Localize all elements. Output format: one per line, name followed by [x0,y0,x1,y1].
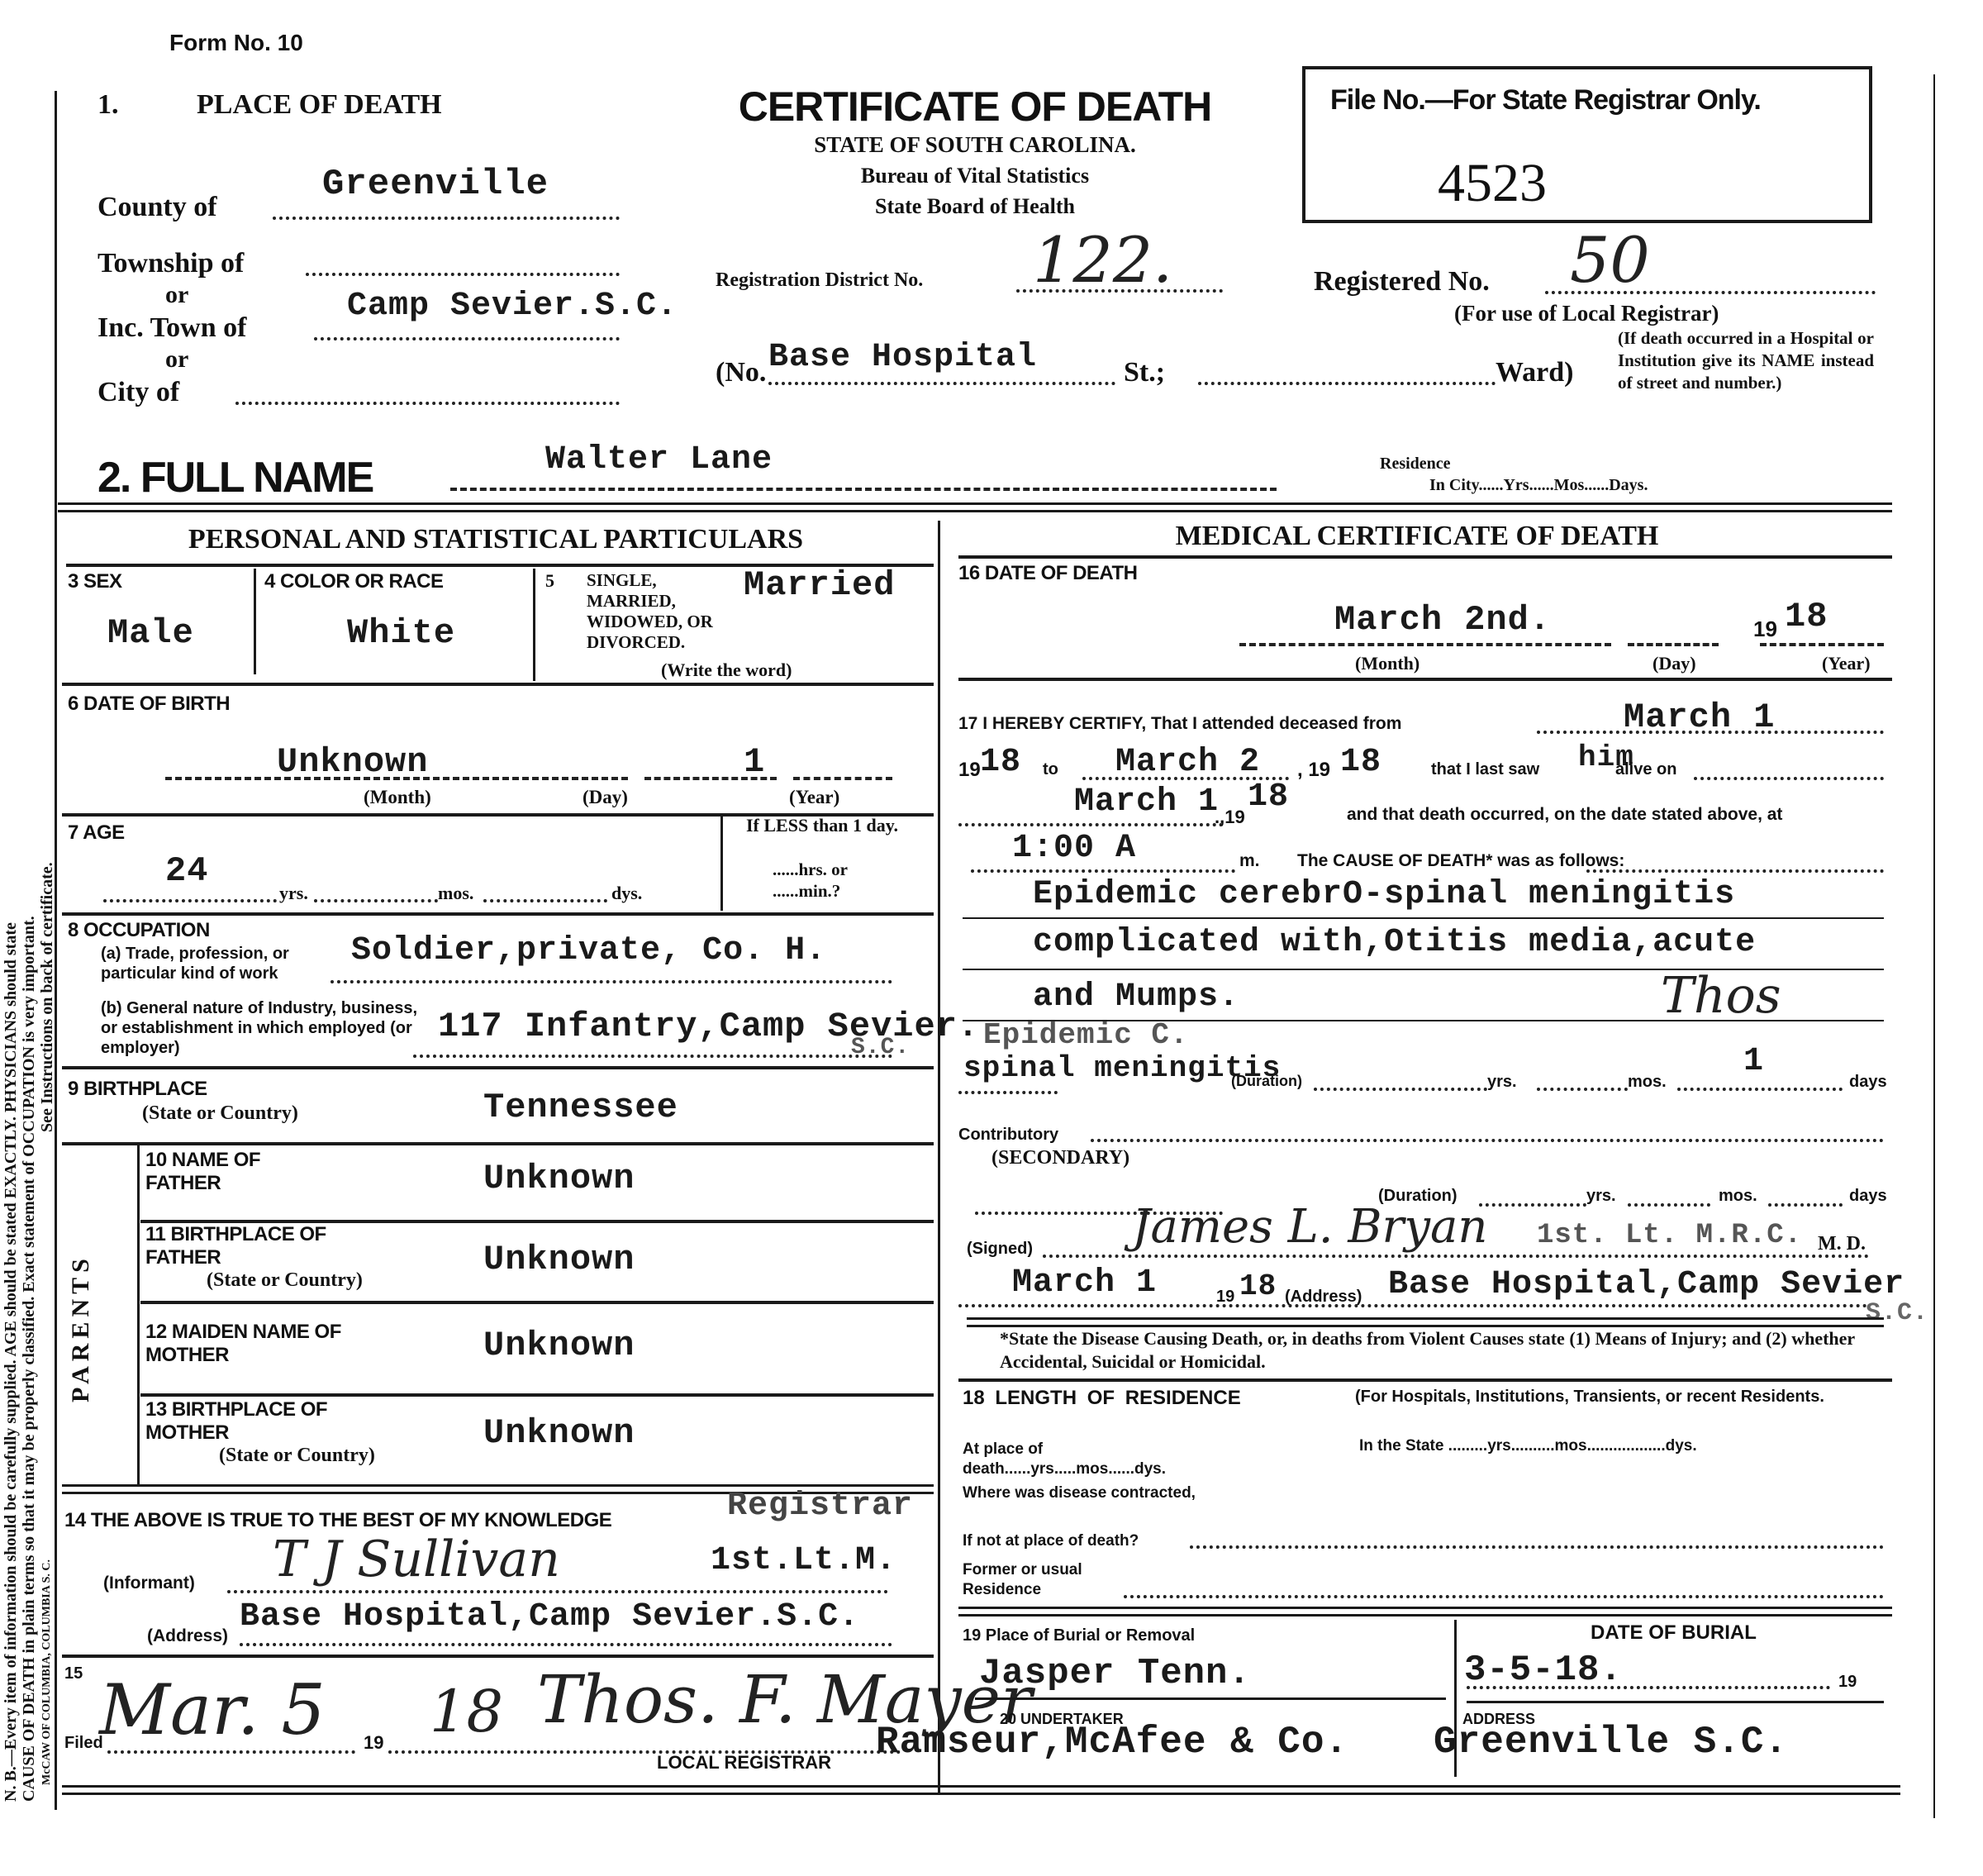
age-hours-caption: ......hrs. or [773,859,848,880]
birthplace-value[interactable]: Tennessee [483,1088,678,1127]
sex-value[interactable]: Male [107,613,194,653]
county-label: County of [97,192,217,223]
divider [720,817,723,911]
duration2-days-caption: days [1849,1187,1887,1206]
father-birthplace-value[interactable]: Unknown [483,1240,635,1279]
duration2-years-caption: yrs. [1586,1187,1616,1206]
mother-maiden-label: 12 MAIDEN NAME OF MOTHER [145,1321,360,1367]
physician-signature[interactable]: James L. Bryan [1132,1200,1487,1254]
margin-instructions-line1: N. B.—Every item of information should b… [2,922,20,1802]
residence-in-city: In City......Yrs......Mos......Days. [1429,476,1648,495]
informant-rank[interactable]: 1st.Lt.M. [711,1542,896,1579]
divider [62,1655,934,1658]
dob-year-value[interactable]: 1 [744,742,765,782]
attended-from-year[interactable]: 18 [980,744,1021,781]
death-day-line [1628,643,1719,646]
attended-to-year-prefix: , 19 [1297,759,1330,782]
town-value[interactable]: Camp Sevier.S.C. [347,288,678,325]
parents-label-text: PARENTS [67,1254,95,1402]
if-not-place-label: If not at place of death? [963,1532,1139,1550]
age-less-than-day-label: If LESS than 1 day. [744,815,901,836]
sign-address-label: (Address) [1285,1288,1362,1307]
physician-rank[interactable]: 1st. Lt. M.R.C. [1537,1220,1802,1251]
registrar-stamp: Registrar [727,1488,913,1525]
bottom-border [62,1785,1900,1795]
death-year-value[interactable]: 18 [1785,597,1828,636]
sign-date-value[interactable]: March 1 [1012,1264,1157,1302]
age-label: 7 AGE [68,821,125,845]
sign-address-value[interactable]: Base Hospital,Camp Sevier [1388,1266,1905,1303]
age-days-line [483,899,607,902]
state-name: STATE OF SOUTH CAROLINA. [711,132,1239,158]
attended-from-value[interactable]: March 1 [1624,698,1775,737]
cause-summary-1[interactable]: Epidemic C. [983,1018,1189,1052]
last-seen-top-line [1694,777,1884,780]
informant-line [227,1590,888,1593]
burial-year-prefix: 19 [1838,1673,1857,1692]
divider [62,912,934,916]
residence-at-place: At place of death......yrs.....mos......… [963,1440,1244,1479]
filed-date-line [107,1750,355,1754]
sign-date-year-prefix: 19 [1216,1288,1234,1307]
or-label-1: or [165,281,188,309]
age-years-value[interactable]: 24 [165,851,208,891]
physician-md-suffix: M. D. [1818,1233,1866,1255]
death-day-caption: (Day) [1652,653,1696,674]
to-label: to [1043,760,1058,779]
certify-text-3: alive on [1615,760,1676,779]
medical-heading: MEDICAL CERTIFICATE OF DEATH [950,521,1884,552]
filed-date-value[interactable]: Mar. 5 [99,1669,326,1750]
informant-address-line [240,1643,892,1646]
burial-date-label: DATE OF BURIAL [1591,1621,1757,1645]
age-months-line [314,899,438,902]
last-seen-year[interactable]: 18 [1248,778,1289,816]
occupation-trade-value[interactable]: Soldier,private, Co. H. [351,932,826,969]
duration2-months-caption: mos. [1719,1187,1757,1206]
dob-year-caption: (Year) [789,787,839,808]
sex-label: 3 SEX [68,570,122,593]
ward-line [1198,382,1496,385]
attended-to-year[interactable]: 18 [1340,744,1381,781]
certify-text-5: The CAUSE OF DEATH* was as follows: [1297,851,1624,871]
length-of-residence-note: (For Hospitals, Institutions, Transients… [1355,1385,1892,1408]
death-month-line [1239,643,1611,646]
duration-line-a [958,1091,1058,1094]
duration-days-caption: days [1849,1073,1887,1092]
duration-months-line [1537,1088,1628,1091]
former-residence-line [1124,1595,1884,1598]
father-birthplace-sub: (State or Country) [207,1269,363,1292]
duration2-months-line [1628,1203,1710,1207]
informant-label: (Informant) [103,1574,195,1593]
cause-line-2[interactable]: complicated with,Otitis media,acute [1033,924,1756,961]
age-days-caption: dys. [611,883,642,904]
filed-year-prefix: 19 [364,1732,383,1754]
divider [958,1378,1892,1382]
margin-instructions-line3: See Instructions on back of certificate. [38,862,56,1132]
age-months-caption: mos. [438,883,473,904]
cause-intro-line [1586,869,1884,873]
ward-label: Ward) [1496,357,1573,388]
bureau-name: Bureau of Vital Statistics [711,164,1239,188]
contributory-line [1091,1139,1884,1142]
divider [958,1607,1892,1617]
father-name-value[interactable]: Unknown [483,1159,635,1198]
personal-heading: PERSONAL AND STATISTICAL PARTICULARS [66,524,925,555]
hospital-note: (If death occurred in a Hospital or Inst… [1618,327,1874,394]
registration-district-label: Registration District No. [716,269,923,292]
disease-contracted-label: Where was disease contracted, [963,1484,1196,1502]
header-divider [58,502,1892,512]
certify-text-4: and that death occurred, on the date sta… [1347,805,1782,825]
dob-month-caption: (Month) [364,787,431,808]
occupation-trade-line [330,980,892,983]
attended-from-year-prefix: 19 [958,759,981,782]
burial-place-label: 19 Place of Burial or Removal [963,1626,1195,1645]
marital-value[interactable]: Married [744,565,895,605]
last-seen-year-prefix: .,19 [1215,807,1245,828]
cause-footnote: *State the Disease Causing Death, or, in… [1000,1327,1867,1374]
divider [975,1697,1446,1700]
birthplace-sub: (State or Country) [142,1102,298,1125]
local-registrar-label: LOCAL REGISTRAR [657,1752,831,1774]
residence-in-state: In the State .........yrs..........mos..… [1359,1436,1888,1456]
cause-rule-1 [963,917,1884,919]
death-year-line [1760,643,1884,646]
column-divider [938,521,940,1793]
city-line [235,402,620,405]
attended-to-value[interactable]: March 2 [1115,744,1260,781]
certificate-title: CERTIFICATE OF DEATH [711,83,1239,131]
local-registrar-note: (For use of Local Registrar) [1454,301,1719,326]
duration2-days-line [1768,1203,1843,1207]
death-year-prefix: 19 [1753,617,1777,642]
divider [254,569,256,674]
mother-maiden-value[interactable]: Unknown [483,1326,635,1365]
divider [62,683,934,686]
time-of-death-value[interactable]: 1:00 A [1012,830,1136,867]
occupation-industry-value-2[interactable]: S.C. [851,1035,910,1060]
board-name: State Board of Health [711,194,1239,219]
registered-number-label: Registered No. [1314,266,1490,298]
burial-place-value[interactable]: Jasper Tenn. [979,1653,1251,1694]
certify-text-2: that I last saw [1431,760,1539,779]
mother-birthplace-value[interactable]: Unknown [483,1413,635,1453]
duration-months-caption: mos. [1628,1073,1667,1092]
cause-line-1[interactable]: Epidemic cerebrO-spinal meningitis [1033,876,1735,913]
dob-day-caption: (Day) [583,787,628,808]
margin-instructions-line2: CAUSE OF DEATH in plain terms so that it… [20,916,38,1802]
full-name-line [450,488,1277,491]
marital-number: 5 [545,570,554,592]
informant-address-label: (Address) [147,1626,228,1646]
township-label: Township of [97,248,244,279]
marital-label: SINGLE, MARRIED, WIDOWED, OR DIVORCED. [587,570,727,653]
death-year-caption: (Year) [1822,653,1871,674]
file-number-value[interactable]: 4523 [1438,152,1547,215]
divider [62,1142,934,1145]
duration-label: (Duration) [1231,1073,1302,1090]
age-years-caption: yrs. [279,883,308,904]
state-file-number-box: File No.—For State Registrar Only. 4523 [1302,66,1872,223]
divider [62,1066,934,1069]
divider [958,678,1892,681]
certify-text-1: 17 I HEREBY CERTIFY, That I attended dec… [958,714,1401,734]
last-seen-line [958,823,1223,826]
county-value[interactable]: Greenville [322,164,549,205]
length-of-residence-label: 18 LENGTH OF RESIDENCE [963,1387,1241,1410]
form-right-border [1933,74,1935,1818]
parents-divider [137,1145,140,1484]
printer-imprint: McCAW OF COLUMBIA, COLUMBIA S. C. [38,1559,56,1785]
registered-number-value[interactable]: 50 [1570,223,1650,297]
divider [533,569,535,681]
mother-birthplace-sub: (State or Country) [219,1445,375,1467]
filed-number: 15 [64,1664,83,1683]
filed-label: Filed [64,1734,103,1753]
signed-line [1043,1255,1869,1258]
town-line [314,337,620,340]
if-not-place-line [1190,1545,1884,1549]
death-month-value[interactable]: March 2nd. [1334,600,1551,640]
age-years-line [103,899,277,902]
age-minutes-caption: ......min.? [773,881,840,902]
marital-hint: (Write the word) [661,659,792,681]
full-name-label: 2. FULL NAME [97,453,373,502]
divider [1467,1701,1884,1703]
duration-years-line [1314,1088,1487,1091]
duration2-years-line [1479,1203,1586,1207]
county-line [273,217,620,220]
or-label-2: or [165,345,188,374]
occupation-industry-label: (b) General nature of Industry, business… [101,998,431,1058]
undertaker-address-value[interactable]: Greenville S.C. [1434,1721,1788,1764]
cause-initials[interactable]: Thos [1661,967,1781,1025]
street-prefix: (No. [716,357,766,388]
divider [958,555,1892,559]
street-st-label: St.; [1124,357,1165,388]
last-seen-value[interactable]: March 1 [1074,783,1219,821]
duration-years-caption: yrs. [1487,1073,1517,1092]
dob-label: 6 DATE OF BIRTH [68,693,230,716]
father-birthplace-label: 11 BIRTHPLACE OF FATHER [145,1223,344,1269]
former-residence-label: Former or usual Residence [963,1560,1128,1600]
occupation-industry-line [413,1055,892,1058]
sign-date-line [958,1304,1867,1307]
contributory-label: Contributory [958,1126,1058,1145]
mother-birthplace-label: 13 BIRTHPLACE OF MOTHER [145,1398,344,1445]
contributory-sub: (SECONDARY) [991,1147,1129,1169]
dob-year-line [793,777,892,780]
divider [967,1317,1884,1327]
place-of-death-number: 1. [97,89,119,121]
form-number: Form No. 10 [169,30,303,56]
residence-label: Residence [1380,455,1451,474]
duration-days-value[interactable]: 1 [1743,1043,1764,1080]
place-of-death-heading: PLACE OF DEATH [197,89,442,121]
race-value[interactable]: White [347,613,455,653]
divider [140,1393,934,1397]
file-number-label: File No.—For State Registrar Only. [1330,84,1761,117]
time-line [971,869,1235,873]
street-line [768,382,1115,385]
signed-label: (Signed) [967,1240,1033,1259]
birthplace-label: 9 BIRTHPLACE [68,1078,207,1101]
death-month-caption: (Month) [1355,653,1419,674]
registration-district-value[interactable]: 122. [1033,223,1172,297]
informant-statement: 14 THE ABOVE IS TRUE TO THE BEST OF MY K… [64,1509,611,1532]
date-of-death-label: 16 DATE OF DEATH [958,562,1137,585]
undertaker-value[interactable]: Ramseur,McAfee & Co. [876,1721,1348,1764]
city-label: City of [97,377,179,408]
father-name-label: 10 NAME OF FATHER [145,1149,311,1195]
sign-date-year[interactable]: 18 [1239,1269,1277,1303]
township-line [306,273,620,276]
town-label: Inc. Town of [97,312,246,344]
divider [140,1301,934,1304]
filed-year-value[interactable]: 18 [430,1678,503,1745]
burial-date-value[interactable]: 3-5-18. [1464,1650,1623,1691]
time-suffix: m. [1239,851,1260,871]
informant-signature[interactable]: T J Sullivan [273,1531,560,1588]
full-name-value[interactable]: Walter Lane [545,441,773,479]
informant-address-value[interactable]: Base Hospital,Camp Sevier.S.C. [240,1598,859,1636]
street-value[interactable]: Base Hospital [768,339,1037,376]
occupation-label: 8 OCCUPATION [68,919,210,942]
cause-line-3[interactable]: and Mumps. [1033,978,1239,1016]
dob-month-value[interactable]: Unknown [277,742,428,782]
occupation-trade-label: (a) Trade, profession, or particular kin… [101,944,349,983]
form-left-border [55,91,57,1810]
duration-days-line [1677,1088,1843,1091]
race-label: 4 COLOR OR RACE [264,570,444,593]
